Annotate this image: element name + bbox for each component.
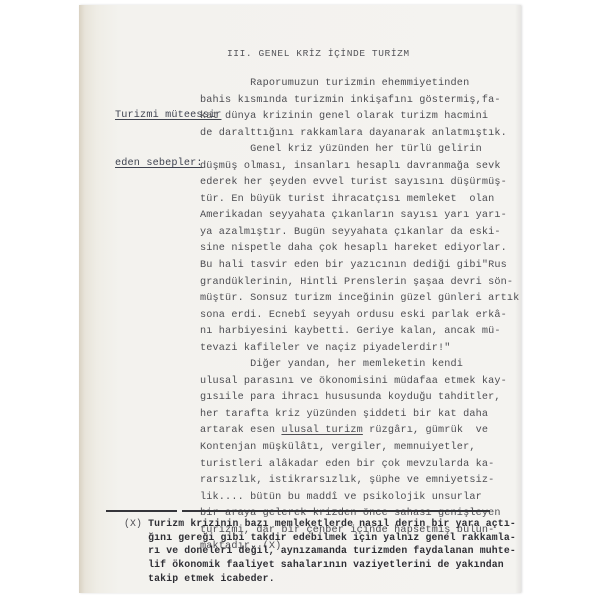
underlined-phrase: ulusal turizm <box>281 425 362 436</box>
footnote-line: takip etmek icabeder. <box>124 572 516 586</box>
footnote-line: (X) Turizm krizinin bazı memleketlerde n… <box>124 517 516 531</box>
body-line: Bu hali tasvir eden bir yazıcının dediği… <box>200 258 519 275</box>
body-line: sona erdi. Ecnebî seyyah ordusu eski par… <box>200 308 519 325</box>
body-line: Genel kriz yüzünden her türlü gelirin <box>200 142 519 159</box>
body-line: bahis kısmında turizmin inkişafını göste… <box>200 93 519 110</box>
body-line: müştür. Sonsuz turizm inceğinin güzel gü… <box>200 291 519 308</box>
footnote-line: ğını gereği gibi takdir edebilmek için y… <box>124 531 516 545</box>
body-line: turistleri alâkadar eden bir çok mevzula… <box>200 457 519 474</box>
body-line: her tarafta kriz yüzünden şiddeti bir ka… <box>200 407 519 424</box>
body-line: tevazi kafileler ve naçiz piyadelerdir!" <box>200 341 519 358</box>
body-line: Diğer yandan, her memleketin kendi <box>200 357 519 374</box>
body-line: gısıile para ihracı hususunda koyduğu ta… <box>200 390 519 407</box>
body-line: de daralttığını rakkamlara dayanarak anl… <box>200 126 519 143</box>
body-line: artarak esen ulusal turizm rüzgârı, gümr… <box>200 423 519 440</box>
body-line: düşmüş olması, insanları hesaplı davranm… <box>200 159 519 176</box>
body-line: ulusal parasını ve ökonomisini müdafaa e… <box>200 374 519 391</box>
body-line: ya azalmıştır. Bugün seyyahata çıkanlar … <box>200 225 519 242</box>
body-line: tür. En büyük turist ihracatçısı memleke… <box>200 192 519 209</box>
body-line: ederek her şeyden evvel turist sayısını … <box>200 175 519 192</box>
body-line: kat dünya krizinin genel olarak turizm h… <box>200 109 519 126</box>
footnote-line: rı ve doneleri değil, aynızamanda turizm… <box>124 544 516 558</box>
body-line: nı harbiyesini kaybetti. Geriye kalan, a… <box>200 324 519 341</box>
typewritten-page: III. GENEL KRİZ İÇİNDE TURİZM Turizmi mü… <box>79 5 521 593</box>
body-line: sine nispetle daha çok hesaplı hareket e… <box>200 241 519 258</box>
body-text: Raporumuzun turizmin ehemmiyetindenbahis… <box>200 76 519 556</box>
body-line: Kontenjan müşkülâtı, vergiler, memnuiyet… <box>200 440 519 457</box>
footnote-marker: (X) <box>124 518 148 529</box>
footnote-divider-gap <box>177 509 182 513</box>
footnote-line: lif ökonomik faaliyet sahalarının vaziye… <box>124 558 516 572</box>
body-line: grandüklerinin, Hintli Prenslerin şaşaa … <box>200 275 519 292</box>
body-line: Amerikadan seyyahata çıkanların sayısı y… <box>200 208 519 225</box>
footnote: (X) Turizm krizinin bazı memleketlerde n… <box>124 517 516 586</box>
footnote-divider <box>106 510 490 512</box>
body-line: Raporumuzun turizmin ehemmiyetinden <box>200 76 519 93</box>
body-line: rarsızlık, istikrarsızlık, şüphe ve emni… <box>200 473 519 490</box>
body-line: lik.... bütün bu maddî ve psikolojik uns… <box>200 490 519 507</box>
section-title: III. GENEL KRİZ İÇİNDE TURİZM <box>227 48 410 59</box>
